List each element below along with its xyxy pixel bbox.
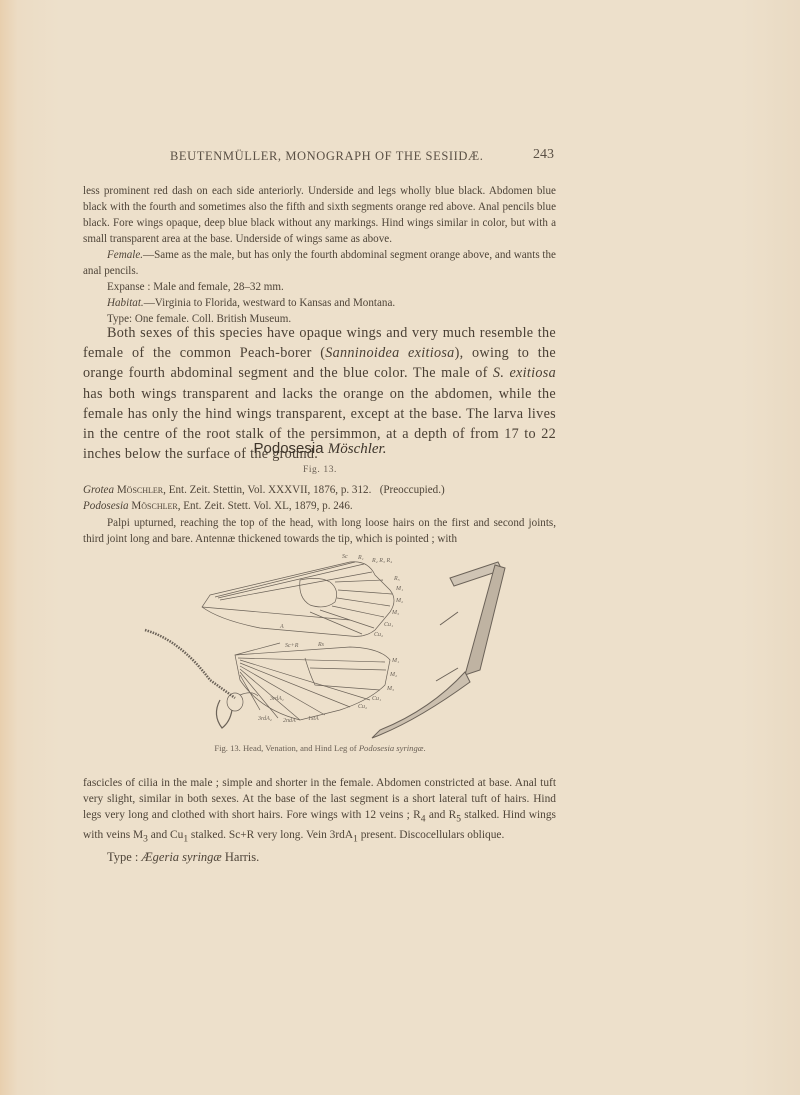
species-description: less prominent red dash on each side ant…: [83, 183, 556, 327]
synonym-citation: , Ent. Zeit. Stett. Vol. XL, 1879, p. 24…: [178, 500, 353, 512]
synonym-genus: Podosesia: [83, 500, 129, 512]
caption-species: Podosesia syringæ: [359, 743, 424, 753]
svg-text:3rdA₁: 3rdA₁: [269, 696, 284, 702]
synonym-entry: Grotea Möschler, Ent. Zeit. Stettin, Vol…: [83, 482, 556, 498]
svg-text:A: A: [279, 624, 284, 630]
genus-author: Möschler.: [328, 441, 387, 457]
synonym-genus: Grotea: [83, 484, 114, 496]
expanse: Expanse : Male and female, 28–32 mm.: [83, 279, 556, 295]
book-page: BEUTENMÜLLER, MONOGRAPH OF THE SESIIDÆ. …: [0, 0, 800, 1095]
svg-text:R₁: R₁: [357, 555, 364, 561]
forewing-drawing: [202, 562, 394, 637]
figure-13: ScR₁R₂ R₃ R₄ R₅M₁M₂ M₃Cu₁Cu₂ A Sc+RRs M₁…: [140, 550, 540, 745]
text-segment: and Cu: [148, 829, 183, 841]
antenna-drawing: [145, 630, 235, 698]
venation-illustration: ScR₁R₂ R₃ R₄ R₅M₁M₂ M₃Cu₁Cu₂ A Sc+RRs M₁…: [140, 550, 540, 745]
figure-caption: Fig. 13. Head, Venation, and Hind Leg of…: [0, 743, 640, 753]
svg-text:M₁: M₁: [391, 658, 399, 664]
svg-text:Cu₁: Cu₁: [372, 696, 381, 702]
continued-paragraph: less prominent red dash on each side ant…: [83, 183, 556, 247]
page-number: 243: [533, 147, 554, 163]
genus-description-text: Palpi upturned, reaching the top of the …: [83, 515, 556, 547]
hind-leg-drawing: [372, 562, 505, 738]
running-head-title: BEUTENMÜLLER, MONOGRAPH OF THE SESIIDÆ.: [170, 149, 570, 164]
type-species-name: Ægeria syringæ: [142, 850, 222, 864]
svg-text:M₃: M₃: [391, 610, 399, 616]
species-name-abbrev: S. exitiosa: [493, 365, 556, 381]
svg-text:Rs: Rs: [317, 642, 325, 648]
head-drawing: [216, 693, 258, 728]
type-species: Type : Ægeria syringæ Harris.: [83, 849, 556, 865]
synonym-citation: , Ent. Zeit. Stettin, Vol. XXXVII, 1876,…: [163, 484, 371, 496]
svg-text:1stA: 1stA: [308, 716, 319, 722]
habitat: Habitat.—Virginia to Florida, westward t…: [83, 295, 556, 311]
habitat-label: Habitat.: [107, 297, 144, 309]
svg-text:Sc+R: Sc+R: [285, 643, 299, 649]
svg-text:Cu₂: Cu₂: [358, 704, 367, 710]
genus-description-2: fascicles of cilia in the male ; simple …: [83, 775, 556, 865]
svg-text:Cu₁: Cu₁: [384, 622, 393, 628]
svg-text:M₂: M₂: [389, 672, 397, 678]
habitat-text: —Virginia to Florida, westward to Kansas…: [144, 297, 395, 309]
svg-text:M₁: M₁: [395, 586, 403, 592]
female-text: —Same as the male, but has only the four…: [83, 249, 556, 277]
genus-description-continued: fascicles of cilia in the male ; simple …: [83, 775, 556, 848]
species-name: Sanninoidea exitiosa: [325, 345, 454, 361]
female-description: Female.—Same as the male, but has only t…: [83, 247, 556, 279]
genus-heading: Podosesia Möschler.: [0, 440, 640, 458]
figure-reference: Fig. 13.: [0, 465, 640, 475]
synonym-note: (Preoccupied.): [380, 484, 445, 496]
svg-text:M₂: M₂: [395, 598, 403, 604]
synonym-author: Möschler: [131, 500, 177, 512]
svg-text:Cu₂: Cu₂: [374, 632, 383, 638]
type-author: Harris.: [222, 850, 260, 864]
svg-text:Sc: Sc: [342, 554, 348, 560]
type-label: Type :: [107, 850, 142, 864]
synonym-entry: Podosesia Möschler, Ent. Zeit. Stett. Vo…: [83, 498, 556, 514]
synonymy: Grotea Möschler, Ent. Zeit. Stettin, Vol…: [83, 482, 556, 514]
svg-text:3rdA₂: 3rdA₂: [257, 716, 272, 722]
genus-description-1: Palpi upturned, reaching the top of the …: [83, 515, 556, 547]
text-segment: and R: [426, 809, 457, 821]
genus-name: Podosesia: [254, 440, 324, 457]
svg-text:R₂ R₃ R₄: R₂ R₃ R₄: [371, 558, 392, 564]
text-segment: stalked. Sc+R very long. Vein 3rdA: [188, 829, 353, 841]
synonym-author: Möschler: [117, 484, 163, 496]
svg-text:2ndA: 2ndA: [283, 718, 296, 724]
svg-text:R₅: R₅: [393, 576, 400, 582]
svg-text:M₃: M₃: [386, 686, 394, 692]
text-segment: present. Discocellulars oblique.: [358, 829, 504, 841]
caption-suffix: .: [424, 743, 426, 753]
caption-text: Fig. 13. Head, Venation, and Hind Leg of: [214, 743, 358, 753]
female-label: Female.: [107, 249, 143, 261]
